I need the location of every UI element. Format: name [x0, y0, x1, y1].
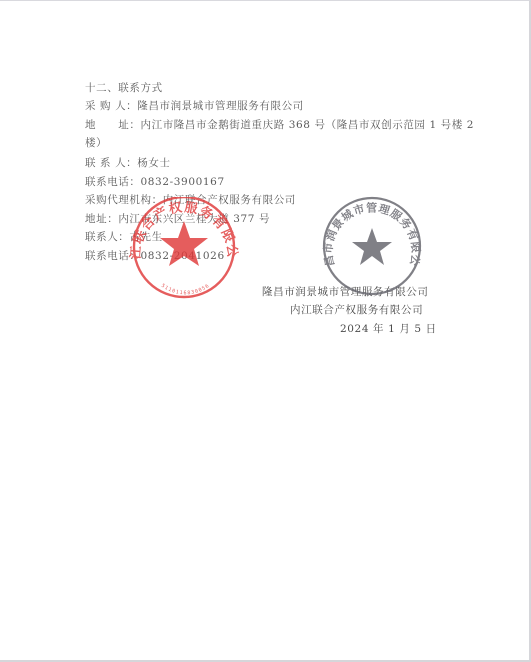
agency-phone-label: 联系电话： [85, 250, 141, 262]
agency-phone-value: 0832-2041026 [141, 250, 225, 262]
section-title: 十二、联系方式 [85, 81, 163, 95]
agency-label: 采购代理机构： [85, 194, 163, 206]
agency-contact-value: 古先生 [129, 231, 162, 243]
document-page: 十二、联系方式 采 购 人：隆昌市润景城市管理服务有限公司 地 址：内江市隆昌市… [0, 0, 531, 662]
purchaser-label: 采 购 人： [85, 100, 137, 112]
agency-phone-line: 联系电话：0832-2041026 [85, 249, 225, 263]
gray-seal-stamp: 隆昌市润景城市管理服务有限公司 [316, 194, 428, 298]
star-icon [352, 228, 392, 265]
phone-value: 0832-3900167 [141, 176, 225, 188]
svg-text:5110116830056: 5110116830056 [160, 283, 211, 297]
contact-label: 联 系 人： [85, 157, 137, 169]
address-line: 地 址：内江市隆昌市金鹅街道重庆路 368 号（隆昌市双创示范园 1 号楼 2 [85, 118, 474, 132]
address-label: 地 址： [85, 119, 141, 131]
agency-line: 采购代理机构：内江联合产权服务有限公司 [85, 193, 296, 207]
signature-org1: 隆昌市润景城市管理服务有限公司 [262, 285, 429, 299]
stamp-ring [324, 198, 420, 294]
contact-line: 联 系 人：杨女士 [85, 156, 171, 170]
signature-date: 2024 年 1 月 5 日 [340, 322, 437, 336]
agency-address-label: 地址： [85, 213, 118, 225]
contact-value: 杨女士 [137, 157, 170, 169]
purchaser-line: 采 购 人：隆昌市润景城市管理服务有限公司 [85, 99, 304, 113]
svg-text:隆昌市润景城市管理服务有限公司: 隆昌市润景城市管理服务有限公司 [316, 194, 423, 268]
agency-contact-label: 联系人： [85, 231, 129, 243]
agency-value: 内江联合产权服务有限公司 [163, 194, 296, 206]
phone-line: 联系电话：0832-3900167 [85, 175, 225, 189]
phone-label: 联系电话： [85, 176, 141, 188]
address-continuation: 楼） [85, 136, 107, 150]
address-value: 内江市隆昌市金鹅街道重庆路 368 号（隆昌市双创示范园 1 号楼 2 [141, 119, 475, 131]
purchaser-value: 隆昌市润景城市管理服务有限公司 [137, 100, 304, 112]
agency-address-value: 内江市东兴区兰桂大道 377 号 [118, 213, 270, 225]
agency-contact-line: 联系人：古先生 [85, 230, 163, 244]
signature-org2: 内江联合产权服务有限公司 [290, 303, 423, 317]
agency-address-line: 地址：内江市东兴区兰桂大道 377 号 [85, 212, 270, 226]
